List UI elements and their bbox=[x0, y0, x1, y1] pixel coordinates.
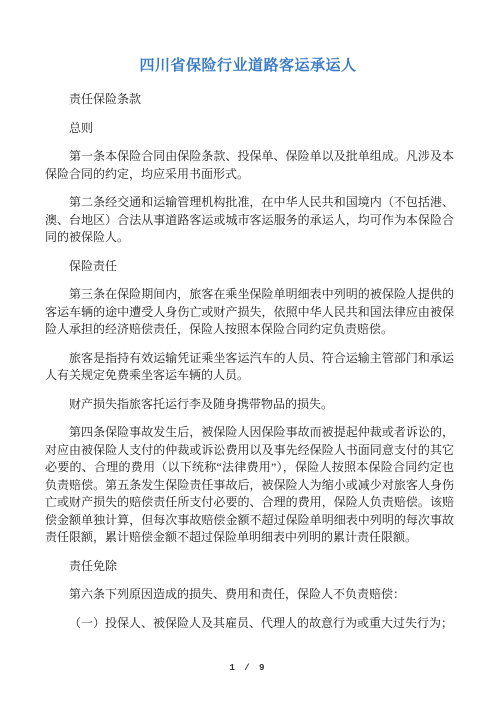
paragraph-article-3: 第三条在保险期间内，旅客在乘坐保险单明细表中列明的被保险人提供的客运车辆的途中遭… bbox=[45, 286, 454, 339]
paragraph-article-1: 第一条本保险合同由保险条款、投保单、保险单以及批单组成。凡涉及本保险合同的约定，… bbox=[45, 148, 454, 183]
page-number: 1 / 9 bbox=[0, 662, 496, 674]
document-title: 四川省保险行业道路客运承运人 bbox=[0, 56, 496, 76]
paragraph-exclusion-item-1: （一）投保人、被保险人及其雇员、代理人的故意行为或重大过失行为； bbox=[45, 615, 454, 633]
paragraph-article-6: 第六条下列原因造成的损失、费用和责任，保险人不负责赔偿： bbox=[45, 586, 454, 604]
paragraph-article-4-5: 第四条保险事故发生后，被保险人因保险事故而被提起仲裁或者诉讼的，对应由被保险人支… bbox=[45, 424, 454, 547]
paragraph-clause-heading: 责任保险条款 bbox=[45, 91, 454, 109]
document-body: 责任保险条款 总则 第一条本保险合同由保险条款、投保单、保险单以及批单组成。凡涉… bbox=[45, 91, 454, 643]
paragraph-section-exclusions: 责任免除 bbox=[45, 558, 454, 576]
paragraph-section-liability: 保险责任 bbox=[45, 258, 454, 276]
document-page: 四川省保险行业道路客运承运人 责任保险条款 总则 第一条本保险合同由保险条款、投… bbox=[0, 0, 496, 702]
paragraph-article-2: 第二条经交通和运输管理机构批准，在中华人民共和国境内（不包括港、澳、台地区）合法… bbox=[45, 194, 454, 247]
paragraph-passenger-definition: 旅客是指持有效运输凭证乘坐客运汽车的人员、符合运输主管部门和承运人有关规定免费乘… bbox=[45, 350, 454, 385]
paragraph-property-loss-definition: 财产损失指旅客托运行李及随身携带物品的损失。 bbox=[45, 396, 454, 414]
paragraph-section-general: 总则 bbox=[45, 120, 454, 138]
